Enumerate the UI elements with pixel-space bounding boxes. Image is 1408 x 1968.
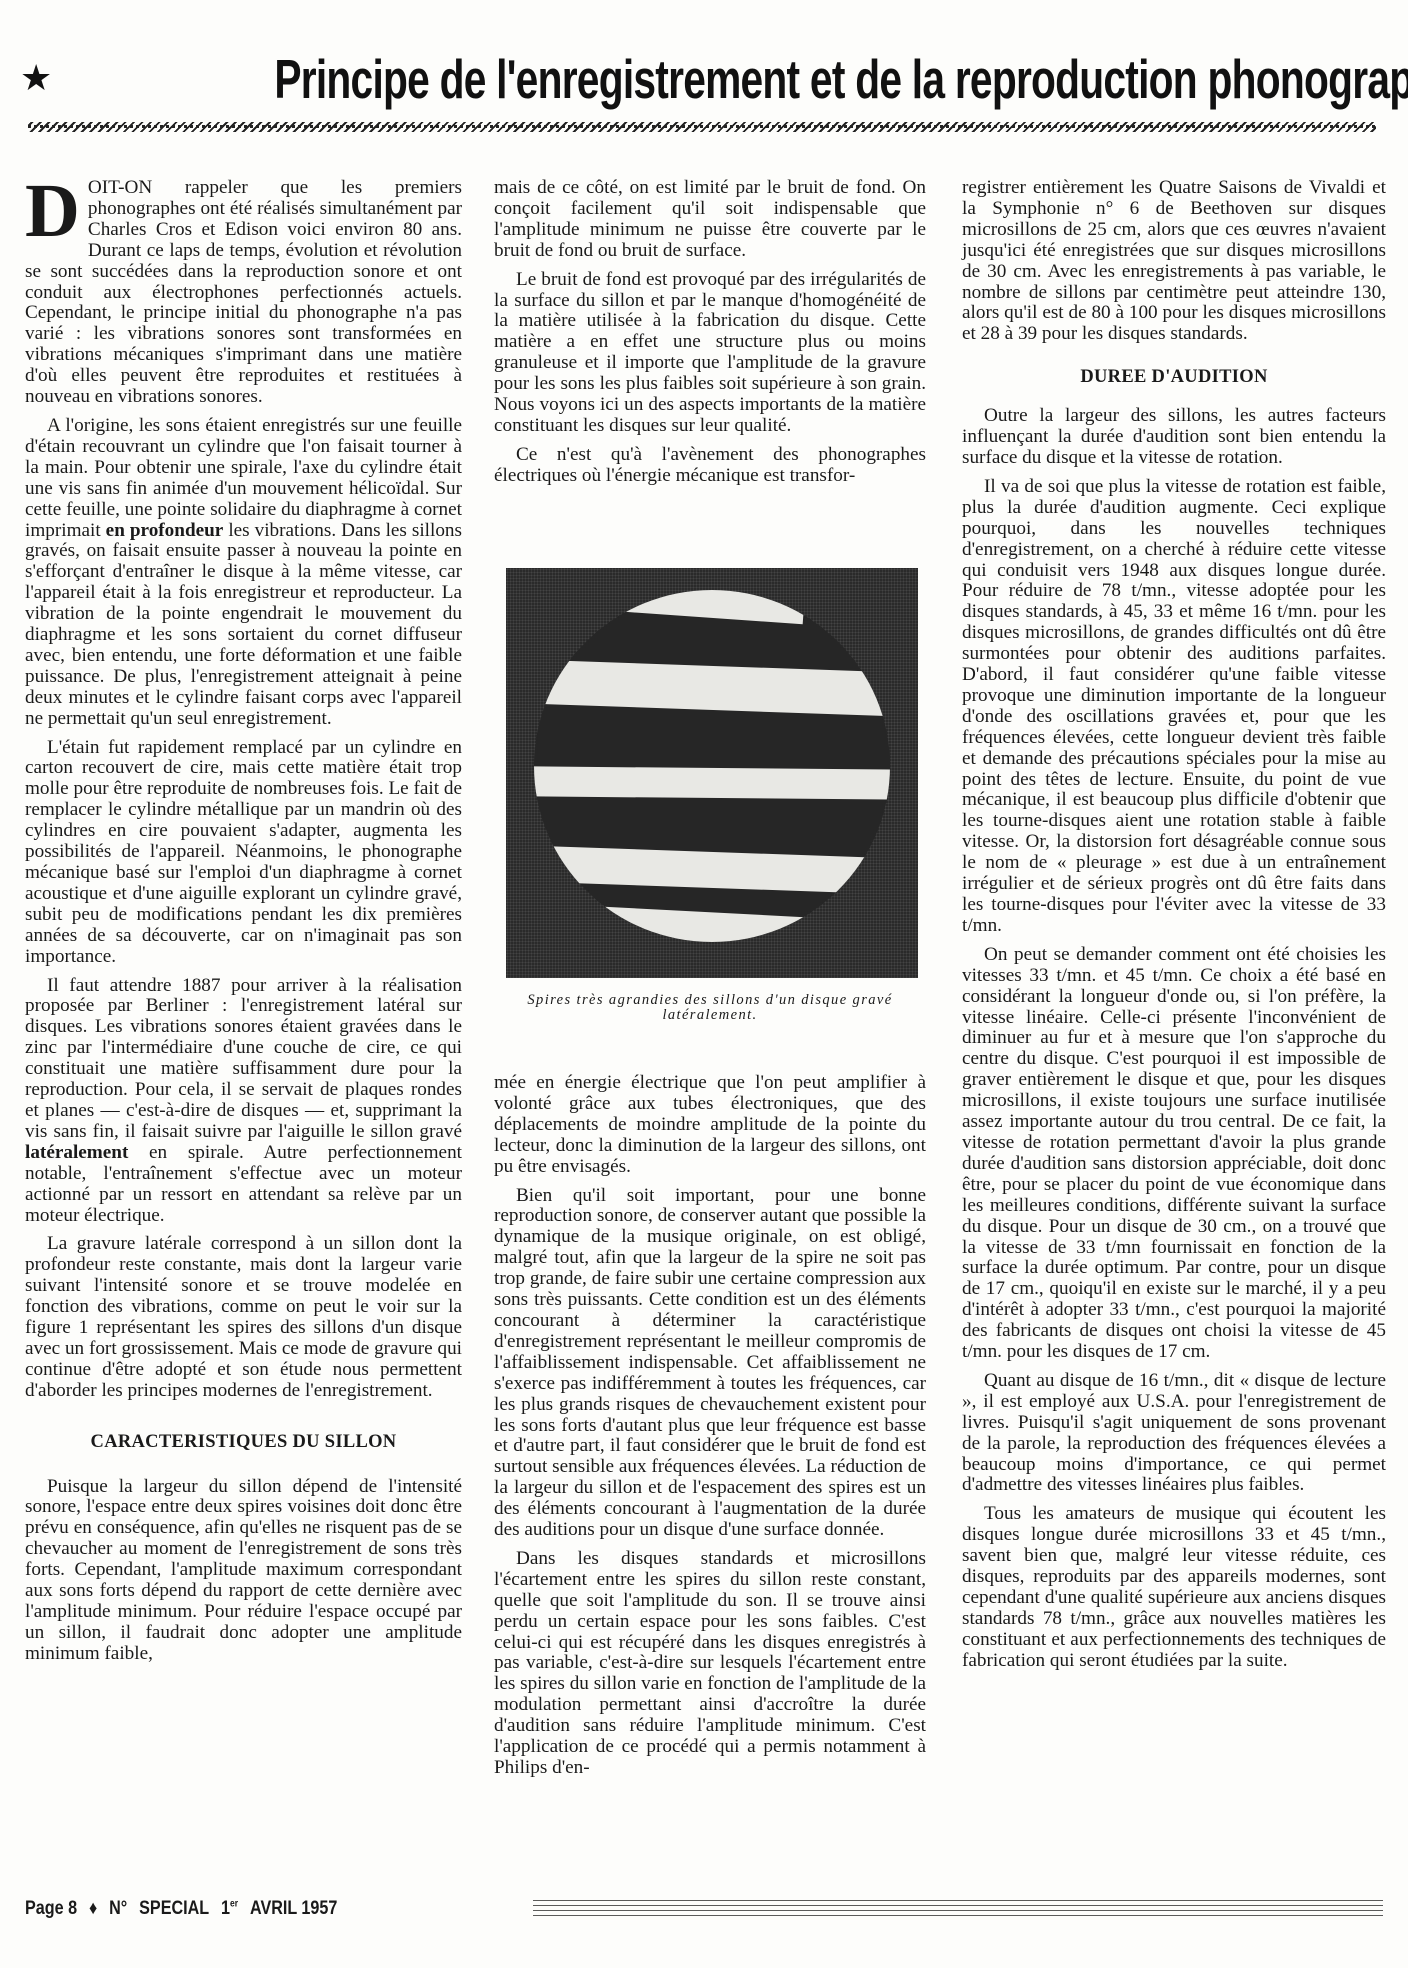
- issue-date: 1er: [221, 1898, 238, 1920]
- magnified-disc-image: [534, 590, 890, 942]
- section-heading-duree-audition: DUREE D'AUDITION: [962, 367, 1386, 388]
- emphasis-text: en profondeur: [106, 520, 224, 541]
- decorative-zigzag-rule: [28, 122, 1376, 132]
- emphasis-text: latéralement: [25, 1142, 128, 1163]
- decorative-wavy-rule: [533, 1900, 1383, 1918]
- column-1: DOIT-ON rappeler que les premiers phonog…: [25, 178, 462, 1673]
- paragraph: mée en énergie électrique que l'on peut …: [494, 1073, 926, 1178]
- section-heading-caracteristiques: CARACTERISTIQUES DU SILLON: [25, 1432, 462, 1453]
- paragraph: Puisque la largeur du sillon dépend de l…: [25, 1477, 462, 1665]
- paragraph: Il faut attendre 1887 pour arriver à la …: [25, 976, 462, 1227]
- intro-paragraph: DOIT-ON rappeler que les premiers phonog…: [25, 178, 462, 408]
- paragraph-text: les vibrations. Dans les sillons gravés,…: [25, 520, 462, 729]
- paragraph: Dans les disques standards et microsillo…: [494, 1549, 926, 1779]
- page-footer: Page 8 ♦ N° SPECIAL 1er AVRIL 1957: [25, 1898, 349, 1920]
- issue-label: SPECIAL: [139, 1898, 209, 1920]
- paragraph: A l'origine, les sons étaient enregistré…: [25, 416, 462, 730]
- column-2-top: mais de ce côté, on est limité par le br…: [494, 178, 926, 495]
- page-header: ★ Principe de l'enregistrement et de la …: [20, 44, 1390, 114]
- star-icon-left: ★: [20, 61, 52, 97]
- paragraph: registrer entièrement les Quatre Saisons…: [962, 178, 1386, 345]
- date-suffix: er: [230, 1899, 238, 1910]
- column-3: registrer entièrement les Quatre Saisons…: [962, 178, 1386, 1680]
- diamond-icon: ♦: [89, 1898, 97, 1920]
- page-number: Page 8: [25, 1898, 77, 1920]
- figure-groove-photo: [506, 568, 918, 978]
- column-2-bottom: mée en énergie électrique que l'on peut …: [494, 1073, 926, 1787]
- drop-cap: D: [25, 180, 80, 242]
- issue-prefix: N°: [109, 1898, 127, 1920]
- paragraph: Outre la largeur des sillons, les autres…: [962, 406, 1386, 469]
- article-title: Principe de l'enregistrement et de la re…: [275, 47, 1408, 111]
- paragraph-text: Il faut attendre 1887 pour arriver à la …: [25, 975, 462, 1142]
- paragraph: On peut se demander comment ont été choi…: [962, 945, 1386, 1363]
- paragraph: Ce n'est qu'à l'avènement des phonograph…: [494, 445, 926, 487]
- figure-caption: Spires très agrandies des sillons d'un d…: [494, 993, 926, 1023]
- paragraph: Quant au disque de 16 t/mn., dit « disqu…: [962, 1371, 1386, 1496]
- paragraph: Bien qu'il soit important, pour une bonn…: [494, 1186, 926, 1541]
- paragraph: Il va de soi que plus la vitesse de rota…: [962, 477, 1386, 937]
- date-day: 1: [221, 1898, 230, 1919]
- paragraph: Le bruit de fond est provoqué par des ir…: [494, 270, 926, 437]
- paragraph: L'étain fut rapidement remplacé par un c…: [25, 738, 462, 968]
- paragraph: Tous les amateurs de musique qui écouten…: [962, 1504, 1386, 1671]
- paragraph-text: OIT-ON rappeler que les premiers phonogr…: [25, 177, 462, 407]
- paragraph: La gravure latérale correspond à un sill…: [25, 1234, 462, 1401]
- issue-month-year: AVRIL 1957: [250, 1898, 337, 1920]
- paragraph: mais de ce côté, on est limité par le br…: [494, 178, 926, 262]
